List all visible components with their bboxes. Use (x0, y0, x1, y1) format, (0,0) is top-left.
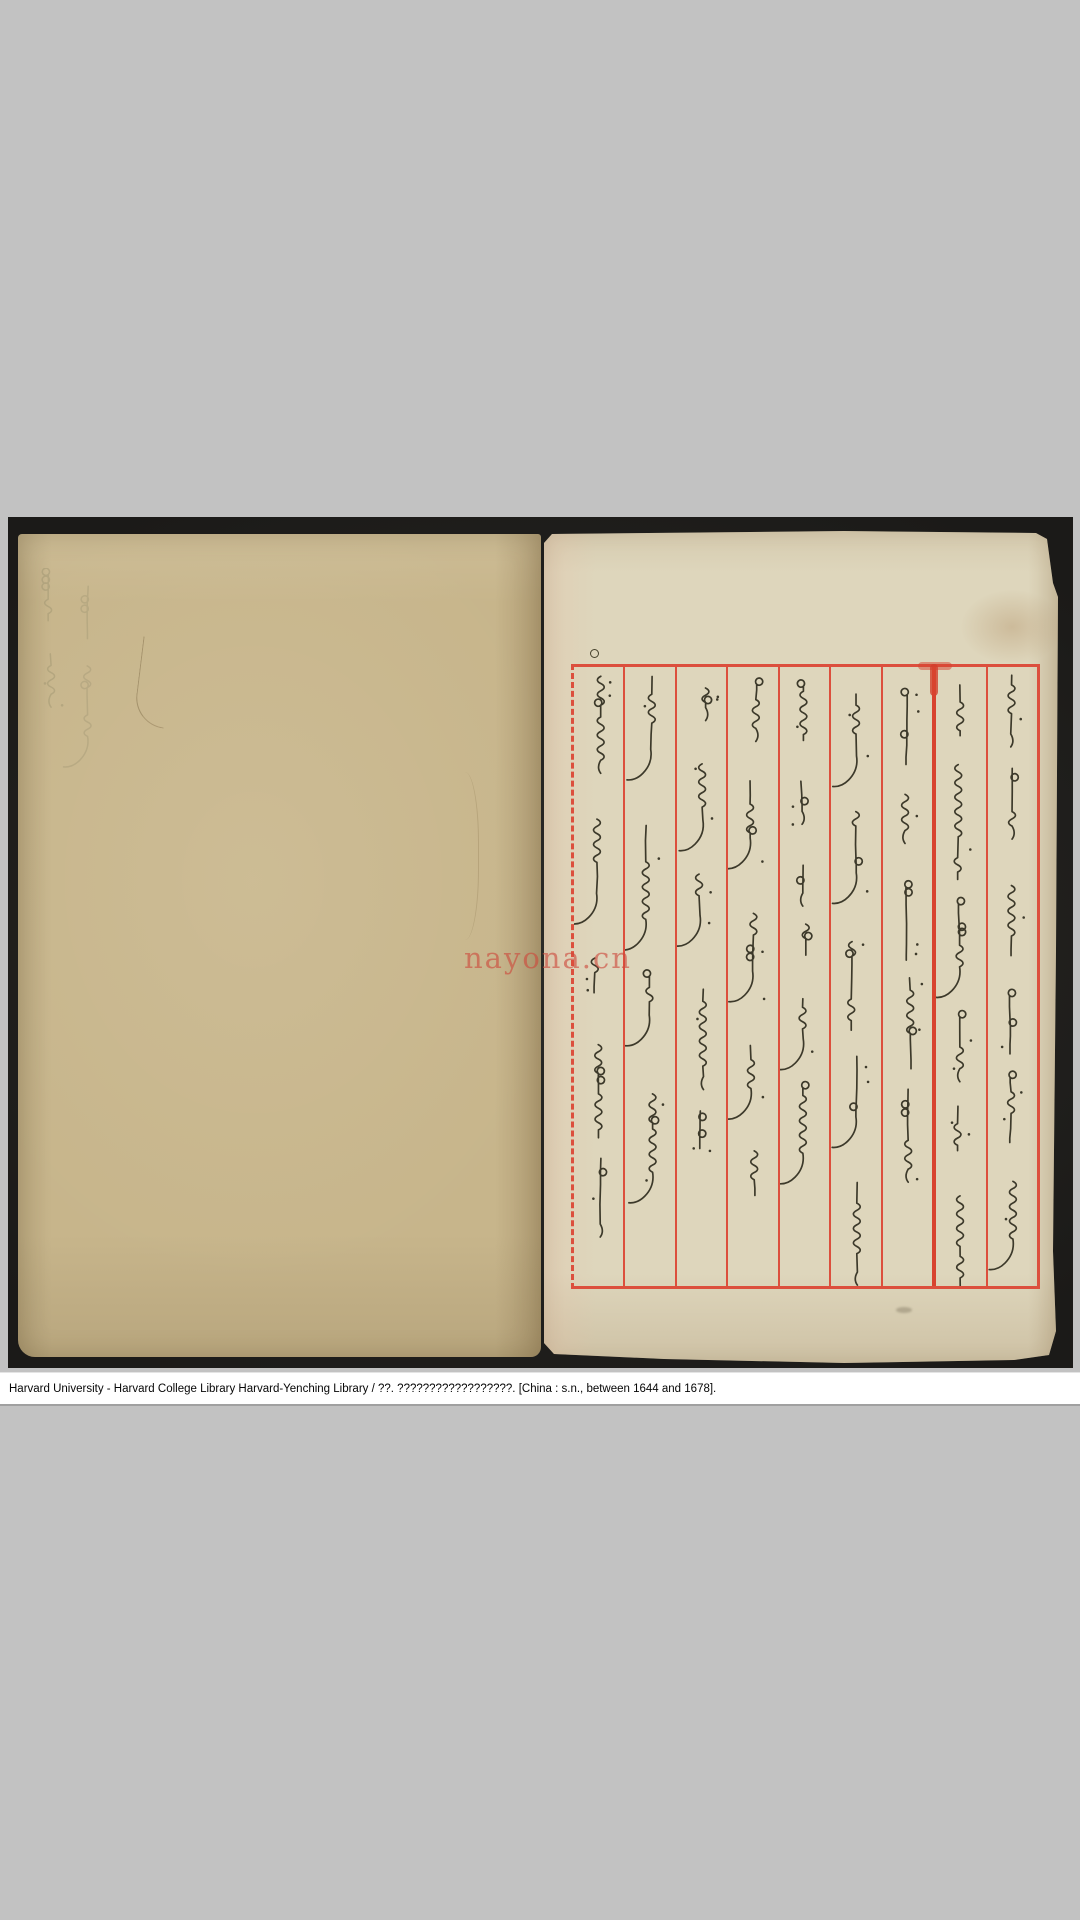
book-photo: nayona.cn (8, 517, 1073, 1368)
script-column (936, 667, 987, 1286)
script-column-ink (883, 667, 932, 1286)
script-column (574, 667, 625, 1286)
script-column (677, 667, 728, 1286)
paper-crease (454, 772, 479, 940)
caption-bar: Harvard University - Harvard College Lib… (0, 1372, 1080, 1404)
script-column-ink (831, 667, 880, 1286)
left-page-blank (18, 534, 541, 1357)
script-column-ink (988, 667, 1037, 1286)
script-column (728, 667, 779, 1286)
ink-circle-mark (590, 649, 599, 658)
script-column (625, 667, 676, 1286)
script-column-ink (625, 667, 674, 1286)
caption-text: Harvard University - Harvard College Lib… (0, 1383, 716, 1395)
script-column (780, 667, 831, 1286)
manuscript-grid (571, 664, 1040, 1289)
script-column-ink (574, 667, 623, 1286)
script-column (831, 667, 882, 1286)
script-column-ink (780, 667, 829, 1286)
script-column (883, 667, 936, 1286)
watermark-text: nayona.cn (464, 941, 632, 975)
script-column (988, 667, 1037, 1286)
script-column-ink (728, 667, 777, 1286)
script-column-ink (677, 667, 726, 1286)
show-through-script (30, 568, 122, 812)
paper-smudge (896, 1307, 912, 1313)
screenshot-root: { "colors": { "background": "#c2c2c2", "… (0, 0, 1080, 1920)
paper-crease (133, 636, 175, 728)
script-column-ink (936, 667, 985, 1286)
